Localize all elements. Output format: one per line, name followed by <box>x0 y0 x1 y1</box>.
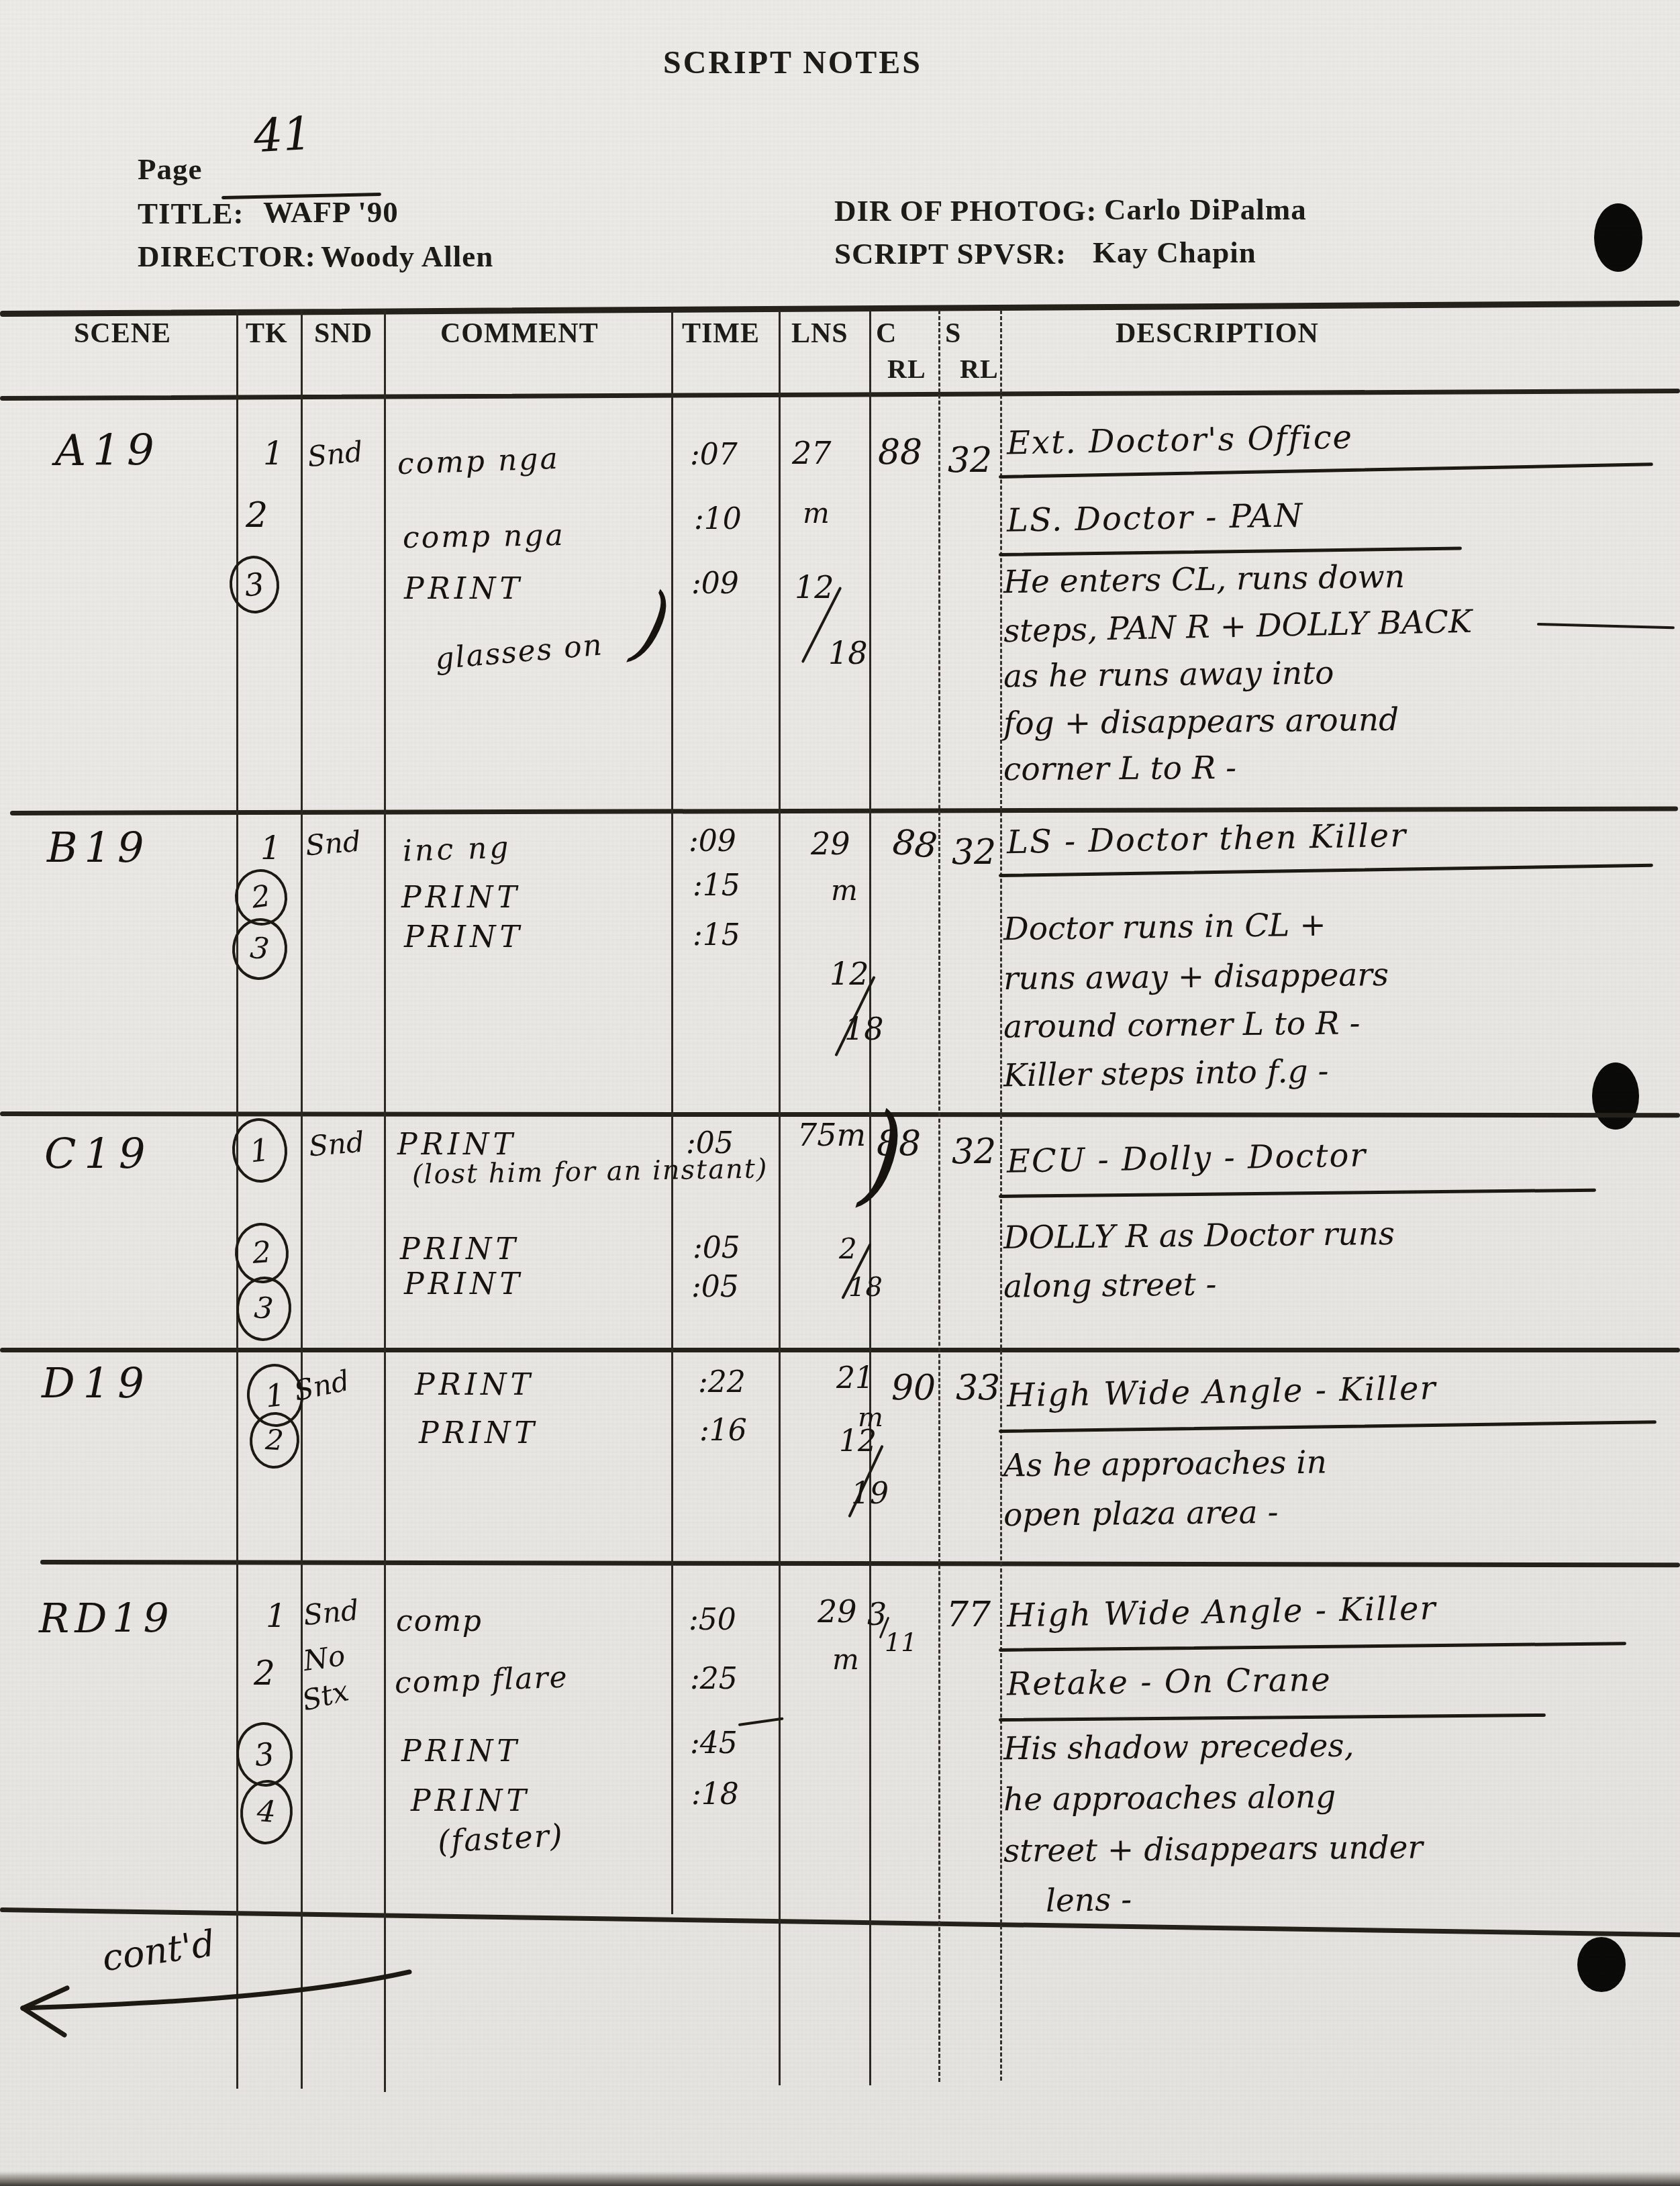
description-line: lens - <box>1046 1884 1132 1917</box>
take-time: :09 <box>691 569 739 599</box>
take-number: 1 <box>266 1600 287 1632</box>
description-line: High Wide Angle - Killer <box>1007 1592 1437 1632</box>
lines-count: 75m <box>797 1120 866 1150</box>
column-header-lns: LNS <box>791 319 848 348</box>
snd-note: Snd <box>306 438 364 471</box>
row-separator <box>0 1348 1680 1352</box>
table-top-rule <box>0 301 1680 317</box>
sound-roll-value: 32 <box>952 835 996 870</box>
description-line: street + disappears under <box>1003 1832 1423 1867</box>
scene-label: RD19 <box>39 1599 175 1639</box>
photog-value: Carlo DiPalma <box>1104 195 1307 225</box>
comment: PRINT <box>400 1235 520 1264</box>
camera-roll-value: 90 <box>891 1371 936 1405</box>
take-number: 1 <box>263 438 284 470</box>
supervisor-value: Kay Chapin <box>1093 238 1256 268</box>
description-line: along street - <box>1003 1269 1217 1302</box>
take-time: :05 <box>693 1234 740 1263</box>
description-underline <box>999 864 1653 877</box>
description-line: Doctor runs in CL + <box>1003 909 1326 946</box>
row-separator <box>40 1560 1680 1567</box>
form-title: SCRIPT NOTES <box>663 47 922 79</box>
description-line: fog + disappears around <box>1003 704 1399 740</box>
description-underline <box>999 1189 1596 1198</box>
lines-count: 29 <box>811 828 850 859</box>
comment: inc ng <box>402 833 511 866</box>
lines-fraction-denominator: 18 <box>844 1013 884 1044</box>
description-line: runs away + disappears <box>1003 959 1389 995</box>
description-line: Retake - On Crane <box>1007 1664 1332 1701</box>
lines-count: m <box>831 877 858 905</box>
scan-edge-shadow <box>0 2171 1680 2186</box>
description-line: he approaches along <box>1003 1781 1336 1816</box>
take-number: 2 <box>250 881 273 913</box>
column-header-description: DESCRIPTION <box>1116 319 1319 348</box>
lines-fraction-numerator: 12 <box>830 958 869 989</box>
take-time: :15 <box>693 871 740 901</box>
column-line-tk-snd <box>301 310 303 2089</box>
description-line: around corner L to R - <box>1003 1007 1361 1043</box>
snd-note: Snd <box>304 827 362 860</box>
pen-stroke <box>1537 623 1675 629</box>
director-value: Woody Allen <box>321 242 493 272</box>
take-time: :05 <box>686 1129 734 1158</box>
sound-roll-value: 32 <box>948 443 992 478</box>
scene-label: D19 <box>42 1362 152 1404</box>
description-line: steps, PAN R + DOLLY BACK <box>1003 606 1473 648</box>
take-circle: 4 <box>238 1778 295 1846</box>
comment: comp flare <box>394 1662 569 1698</box>
take-time: :45 <box>690 1729 738 1758</box>
page-label: Page <box>138 154 202 185</box>
title-value: WAFP '90 <box>263 197 399 228</box>
description-underline <box>999 546 1462 556</box>
take-number: 3 <box>249 934 270 965</box>
camera-roll-value: 88 <box>878 435 922 470</box>
comment: PRINT <box>419 1419 538 1448</box>
column-line-comment-time <box>671 310 673 1914</box>
take-number: 2 <box>251 1238 272 1269</box>
take-number: 4 <box>256 1797 277 1828</box>
take-number: 2 <box>246 498 268 533</box>
lines-count: m <box>803 499 830 528</box>
punch-hole <box>1594 203 1642 272</box>
lines-fraction-denominator: 19 <box>851 1479 889 1509</box>
lines-count: 21 <box>836 1364 874 1393</box>
snd-note: No <box>301 1642 346 1675</box>
take-number: 1 <box>260 832 281 864</box>
lines-fraction-numerator: 12 <box>839 1427 877 1456</box>
column-line-time-lns <box>779 310 781 2085</box>
take-number: 3 <box>253 1293 275 1324</box>
lines-count: 27 <box>792 438 832 468</box>
photog-label: DIR OF PHOTOG: <box>834 196 1097 226</box>
comment: comp nga <box>403 521 565 553</box>
take-time: :09 <box>689 827 736 856</box>
supervisor-label: SCRIPT SPVSR: <box>834 239 1067 269</box>
take-time: :18 <box>691 1780 739 1809</box>
director-label: DIRECTOR: <box>138 242 316 272</box>
lines-fraction-denominator: 18 <box>848 1274 883 1301</box>
take-time: :50 <box>689 1605 736 1635</box>
take-circle: 2 <box>233 1221 291 1285</box>
snd-note: Stx <box>299 1677 351 1716</box>
description-line: As he approaches in <box>1003 1446 1327 1481</box>
description-line: His shadow precedes, <box>1003 1730 1354 1765</box>
column-header-s: S <box>945 319 961 348</box>
take-number: 3 <box>253 1738 276 1771</box>
column-line-c-s <box>938 310 940 2082</box>
sound-roll-value: 33 <box>956 1371 1000 1405</box>
take-time: :07 <box>690 440 738 470</box>
column-header-tk: TK <box>246 319 288 348</box>
take-circle: 3 <box>229 915 290 983</box>
snd-note: Snd <box>302 1596 360 1630</box>
take-number: 2 <box>264 1426 285 1455</box>
scene-label: C19 <box>44 1133 153 1175</box>
description-line: High Wide Angle - Killer <box>1007 1372 1437 1411</box>
description-line: He enters CL, runs down <box>1003 561 1405 598</box>
comment: PRINT <box>404 1270 524 1299</box>
camera-roll-subvalue: 11 <box>885 1630 917 1655</box>
description-line: LS - Doctor then Killer <box>1007 819 1407 858</box>
description-line: as he runs away into <box>1003 657 1334 692</box>
comment: comp <box>396 1607 483 1636</box>
lines-fraction-numerator: 2 <box>839 1235 857 1263</box>
punch-hole <box>1592 1062 1639 1130</box>
description-line: Ext. Doctor's Office <box>1007 421 1354 460</box>
column-header-time: TIME <box>682 319 760 348</box>
comment: comp nga <box>397 444 560 479</box>
description-line: open plaza area - <box>1003 1497 1279 1531</box>
comment-note: glasses on <box>434 630 605 675</box>
snd-note: Snd <box>307 1128 365 1160</box>
description-line: corner L to R - <box>1003 752 1236 785</box>
continued-arrow <box>0 1961 430 2055</box>
lines-fraction-numerator: 12 <box>795 572 834 603</box>
pen-stroke <box>738 1718 784 1726</box>
column-header-c-rl: RL <box>887 356 926 383</box>
column-header-snd: SND <box>314 319 373 348</box>
description-underline <box>999 1713 1546 1722</box>
column-line-snd-comment <box>384 310 386 2092</box>
sound-roll-value: 32 <box>952 1134 996 1169</box>
comment: PRINT <box>404 575 524 604</box>
take-number: 1 <box>248 1134 271 1167</box>
take-number: 1 <box>264 1379 287 1412</box>
take-circle: 3 <box>227 553 283 615</box>
take-time: :22 <box>698 1368 746 1397</box>
take-time: :10 <box>694 505 742 534</box>
lines-fraction-denominator: 18 <box>828 638 868 668</box>
comment: PRINT <box>401 883 521 913</box>
take-number: 2 <box>254 1656 275 1690</box>
camera-roll-value: 88 <box>877 1126 921 1161</box>
description-line: LS. Doctor - PAN <box>1007 499 1304 537</box>
column-header-scene: SCENE <box>74 319 171 348</box>
take-circle: 3 <box>234 1275 294 1344</box>
lines-count: 29 <box>818 1596 857 1627</box>
take-number: 3 <box>243 568 266 601</box>
comment-note: (faster) <box>437 1820 564 1857</box>
scene-label: B19 <box>47 827 150 868</box>
lines-count: m <box>832 1646 859 1674</box>
description-underline <box>999 1420 1657 1433</box>
row-separator <box>0 1907 1680 1937</box>
take-time: :16 <box>699 1416 747 1446</box>
description-line: DOLLY R as Doctor runs <box>1003 1218 1395 1254</box>
scene-label: A19 <box>55 430 161 473</box>
column-header-s-rl: RL <box>960 356 999 383</box>
description-line: Killer steps into f.g - <box>1003 1056 1329 1092</box>
comment: PRINT <box>404 923 524 952</box>
comment: PRINT <box>415 1371 534 1400</box>
sound-roll-value: 77 <box>946 1597 991 1632</box>
header-bottom-rule <box>0 389 1680 401</box>
take-circle: 3 <box>233 1720 296 1789</box>
column-header-c: C <box>876 319 897 348</box>
pen-flourish: ) <box>628 579 678 670</box>
punch-hole <box>1577 1937 1626 1992</box>
title-label: TITLE: <box>138 199 244 229</box>
camera-roll-value: 88 <box>891 825 938 864</box>
script-notes-page: SCRIPT NOTES Page 41 TITLE: WAFP '90 DIR… <box>0 0 1680 2186</box>
comment: PRINT <box>401 1737 521 1767</box>
column-header-comment: COMMENT <box>440 319 599 348</box>
take-time: :25 <box>690 1665 738 1694</box>
comment: PRINT <box>397 1130 517 1160</box>
comment: PRINT <box>411 1787 530 1816</box>
description-underline <box>999 1642 1626 1652</box>
take-time: :05 <box>691 1273 739 1302</box>
take-time: :15 <box>693 921 740 950</box>
row-separator <box>10 806 1678 815</box>
page-number: 41 <box>252 111 313 160</box>
description-line: ECU - Dolly - Doctor <box>1007 1139 1367 1177</box>
description-underline <box>999 462 1653 479</box>
